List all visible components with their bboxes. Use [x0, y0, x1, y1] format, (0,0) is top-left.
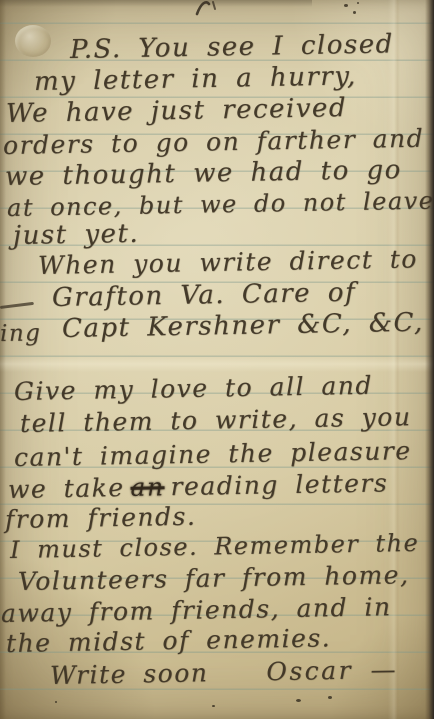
ink-speck — [55, 701, 57, 703]
embossed-seal — [15, 25, 51, 57]
letter-line: We have just received — [6, 94, 347, 129]
scan-edge-right — [425, 0, 434, 719]
horizontal-crease — [0, 356, 434, 372]
letter-line: Grafton Va. Care of — [52, 279, 357, 313]
letter-line: When you write direct to — [38, 245, 418, 279]
letter-line: tell them to write, as you — [20, 403, 412, 437]
ink-speck — [353, 11, 356, 14]
letter-line: Capt Kershner &C, &C, — [62, 309, 424, 344]
ink-mark-top-center — [194, 0, 218, 16]
letter-line-text: we take — [8, 473, 125, 504]
letter-line: can't imagine the pleasure — [14, 437, 412, 471]
signature-row: Write soonOscar — — [50, 656, 398, 690]
letter-line: we thought we had to go — [5, 156, 402, 192]
letter-page: P.S. You see I closed my letter in a hur… — [0, 0, 434, 719]
letter-line: at once, but we do not leave — [7, 188, 434, 222]
letter-line: my letter in a hurry, — [34, 62, 357, 96]
ink-speck — [212, 705, 215, 707]
letter-line: orders to go on farther and — [3, 125, 425, 160]
signature-text: Oscar — — [266, 655, 398, 686]
ink-speck — [328, 696, 332, 699]
letter-line-text: reading letters — [170, 468, 388, 501]
ink-speck — [344, 4, 348, 7]
ink-speck — [296, 699, 301, 702]
letter-line: I must close. Remember the — [10, 530, 420, 564]
letter-line: just yet. — [13, 220, 140, 251]
margin-fragment: ing — [0, 321, 42, 347]
letter-line: Give my love to all and — [14, 372, 373, 406]
closing-text: Write soon — [50, 658, 209, 690]
letter-line: away from friends, and in — [1, 593, 392, 627]
letter-line: the midst of enemies. — [6, 624, 332, 657]
letter-line: Volunteers far from home, — [18, 561, 410, 595]
ink-speck — [357, 2, 359, 4]
letter-line: from friends. — [5, 503, 197, 534]
paper-edge-top — [0, 0, 312, 7]
letter-line: P.S. You see I closed — [70, 30, 394, 64]
letter-line-with-strikeout: we takeanreading letters — [8, 469, 389, 503]
struck-word: an — [130, 472, 165, 502]
